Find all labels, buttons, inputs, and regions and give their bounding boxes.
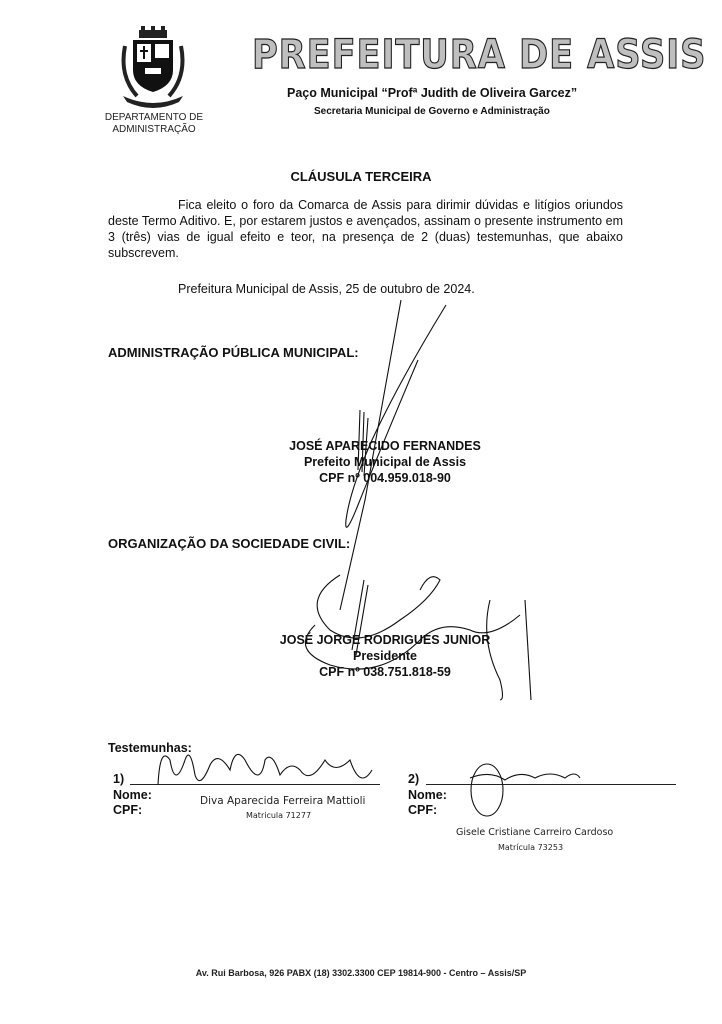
witness-2-cpf-label: CPF: (408, 803, 437, 818)
witness-1-name: Diva Aparecida Ferreira Mattioli (200, 795, 365, 807)
city-hall-title: PREFEITURA DE ASSIS (252, 32, 706, 78)
signatory-name: JOSÉ APARECIDO FERNANDES (220, 438, 550, 454)
witness-1-signature-line (130, 784, 380, 785)
department-label: DEPARTAMENTO DE ADMINISTRAÇÃO (96, 112, 212, 136)
witness-2-name: Gisele Cristiane Carreiro Cardoso (456, 827, 613, 838)
building-name: Paço Municipal “Profª Judith de Oliveira… (287, 86, 577, 100)
witness-1-name-label: Nome: (113, 788, 152, 803)
section-public-administration: ADMINISTRAÇÃO PÚBLICA MUNICIPAL: (108, 345, 359, 360)
municipal-coat-of-arms-icon (117, 26, 189, 112)
handwritten-signatures-icon (0, 0, 722, 1024)
signatory-president: JOSÉ JORGE RODRIGUES JUNIOR Presidente C… (220, 632, 550, 680)
signatory-cpf: CPF nº 038.751.818-59 (220, 664, 550, 680)
witness-2-number: 2) (408, 772, 419, 787)
clause-title: CLÁUSULA TERCEIRA (0, 169, 722, 184)
witness-2-name-label: Nome: (408, 788, 447, 803)
witnesses-label: Testemunhas: (108, 741, 192, 756)
witness-1-registration: Matricula 71277 (246, 811, 311, 820)
department-line-1: DEPARTAMENTO DE (96, 112, 212, 124)
department-line-2: ADMINISTRAÇÃO (96, 124, 212, 136)
signatory-role: Presidente (220, 648, 550, 664)
secretariat-name: Secretaria Municipal de Governo e Admini… (314, 106, 550, 117)
witness-1-cpf-label: CPF: (113, 803, 142, 818)
witness-2-registration: Matrícula 73253 (498, 843, 563, 852)
witness-2-signature-line (426, 784, 676, 785)
signatory-cpf: CPF nº 004.959.018-90 (220, 470, 550, 486)
signatory-mayor: JOSÉ APARECIDO FERNANDES Prefeito Munici… (220, 438, 550, 486)
place-date: Prefeitura Municipal de Assis, 25 de out… (178, 282, 475, 296)
signatory-role: Prefeito Municipal de Assis (220, 454, 550, 470)
footer-address: Av. Rui Barbosa, 926 PABX (18) 3302.3300… (0, 968, 722, 978)
clause-text: Fica eleito o foro da Comarca de Assis p… (108, 197, 623, 261)
witness-1-number: 1) (113, 772, 124, 787)
signatory-name: JOSÉ JORGE RODRIGUES JUNIOR (220, 632, 550, 648)
section-civil-society: ORGANIZAÇÃO DA SOCIEDADE CIVIL: (108, 536, 350, 551)
clause-body: Fica eleito o foro da Comarca de Assis p… (108, 198, 623, 260)
